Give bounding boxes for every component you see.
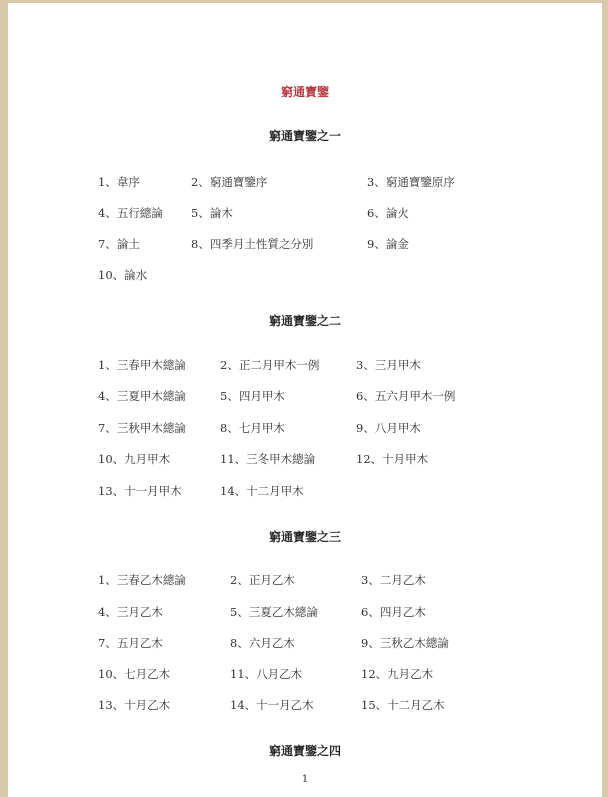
toc-item[interactable]: 5、三夏乙木總論 [230,604,318,620]
toc-item[interactable]: 6、五六月甲木一例 [356,388,455,404]
toc-item[interactable]: 13、十月乙木 [98,697,170,713]
toc-item[interactable]: 3、二月乙木 [361,572,426,588]
toc-item[interactable]: 2、正月乙木 [230,572,295,588]
toc-item[interactable]: 4、五行總論 [98,205,163,221]
toc-item[interactable]: 6、論火 [367,205,409,221]
toc-item[interactable]: 8、七月甲木 [220,420,285,436]
page-number: 1 [8,774,602,785]
toc-item[interactable]: 5、四月甲木 [220,388,285,404]
toc-item[interactable]: 13、十一月甲木 [98,483,182,499]
toc-item[interactable]: 10、七月乙木 [98,666,170,682]
toc-item[interactable]: 3、窮通寶鑒原序 [367,174,455,190]
toc-item[interactable]: 14、十二月甲木 [220,483,304,499]
toc-item[interactable]: 9、論金 [367,236,409,252]
toc-item[interactable]: 11、三冬甲木總論 [220,451,315,467]
toc-item[interactable]: 12、十月甲木 [356,451,428,467]
toc-item[interactable]: 11、八月乙木 [230,666,302,682]
toc-item[interactable]: 12、九月乙木 [361,666,433,682]
toc-item[interactable]: 9、八月甲木 [356,420,421,436]
toc-item[interactable]: 10、論水 [98,267,147,283]
toc-item[interactable]: 4、三夏甲木總論 [98,388,186,404]
toc-item[interactable]: 3、三月甲木 [356,357,421,373]
toc-item[interactable]: 2、窮通寶鑒序 [191,174,267,190]
toc-item[interactable]: 4、三月乙木 [98,604,163,620]
toc-item[interactable]: 15、十二月乙木 [361,697,445,713]
toc-item[interactable]: 14、十一月乙木 [230,697,314,713]
toc-item[interactable]: 8、四季月土性質之分別 [191,236,313,252]
toc-item[interactable]: 2、正二月甲木一例 [220,357,319,373]
toc-item[interactable]: 6、四月乙木 [361,604,426,620]
document-page: 窮通寶鑒 窮通寶鑒之一 1、韋序 2、窮通寶鑒序 3、窮通寶鑒原序 4、五行總論… [8,3,602,797]
toc-item[interactable]: 1、三春乙木總論 [98,572,186,588]
toc-item[interactable]: 5、論木 [191,205,233,221]
section-heading-3: 窮通寶鑒之三 [8,528,602,545]
section-heading-4: 窮通寶鑒之四 [8,742,602,759]
toc-item[interactable]: 1、三春甲木總論 [98,357,186,373]
toc-item[interactable]: 7、三秋甲木總論 [98,420,186,436]
toc-item[interactable]: 7、五月乙木 [98,635,163,651]
toc-item[interactable]: 1、韋序 [98,174,140,190]
toc-item[interactable]: 8、六月乙木 [230,635,295,651]
section-heading-2: 窮通寶鑒之二 [8,312,602,329]
toc-item[interactable]: 9、三秋乙木總論 [361,635,449,651]
section-heading-1: 窮通寶鑒之一 [8,127,602,144]
toc-item[interactable]: 7、論土 [98,236,140,252]
toc-item[interactable]: 10、九月甲木 [98,451,170,467]
document-title: 窮通寶鑒 [8,83,602,100]
